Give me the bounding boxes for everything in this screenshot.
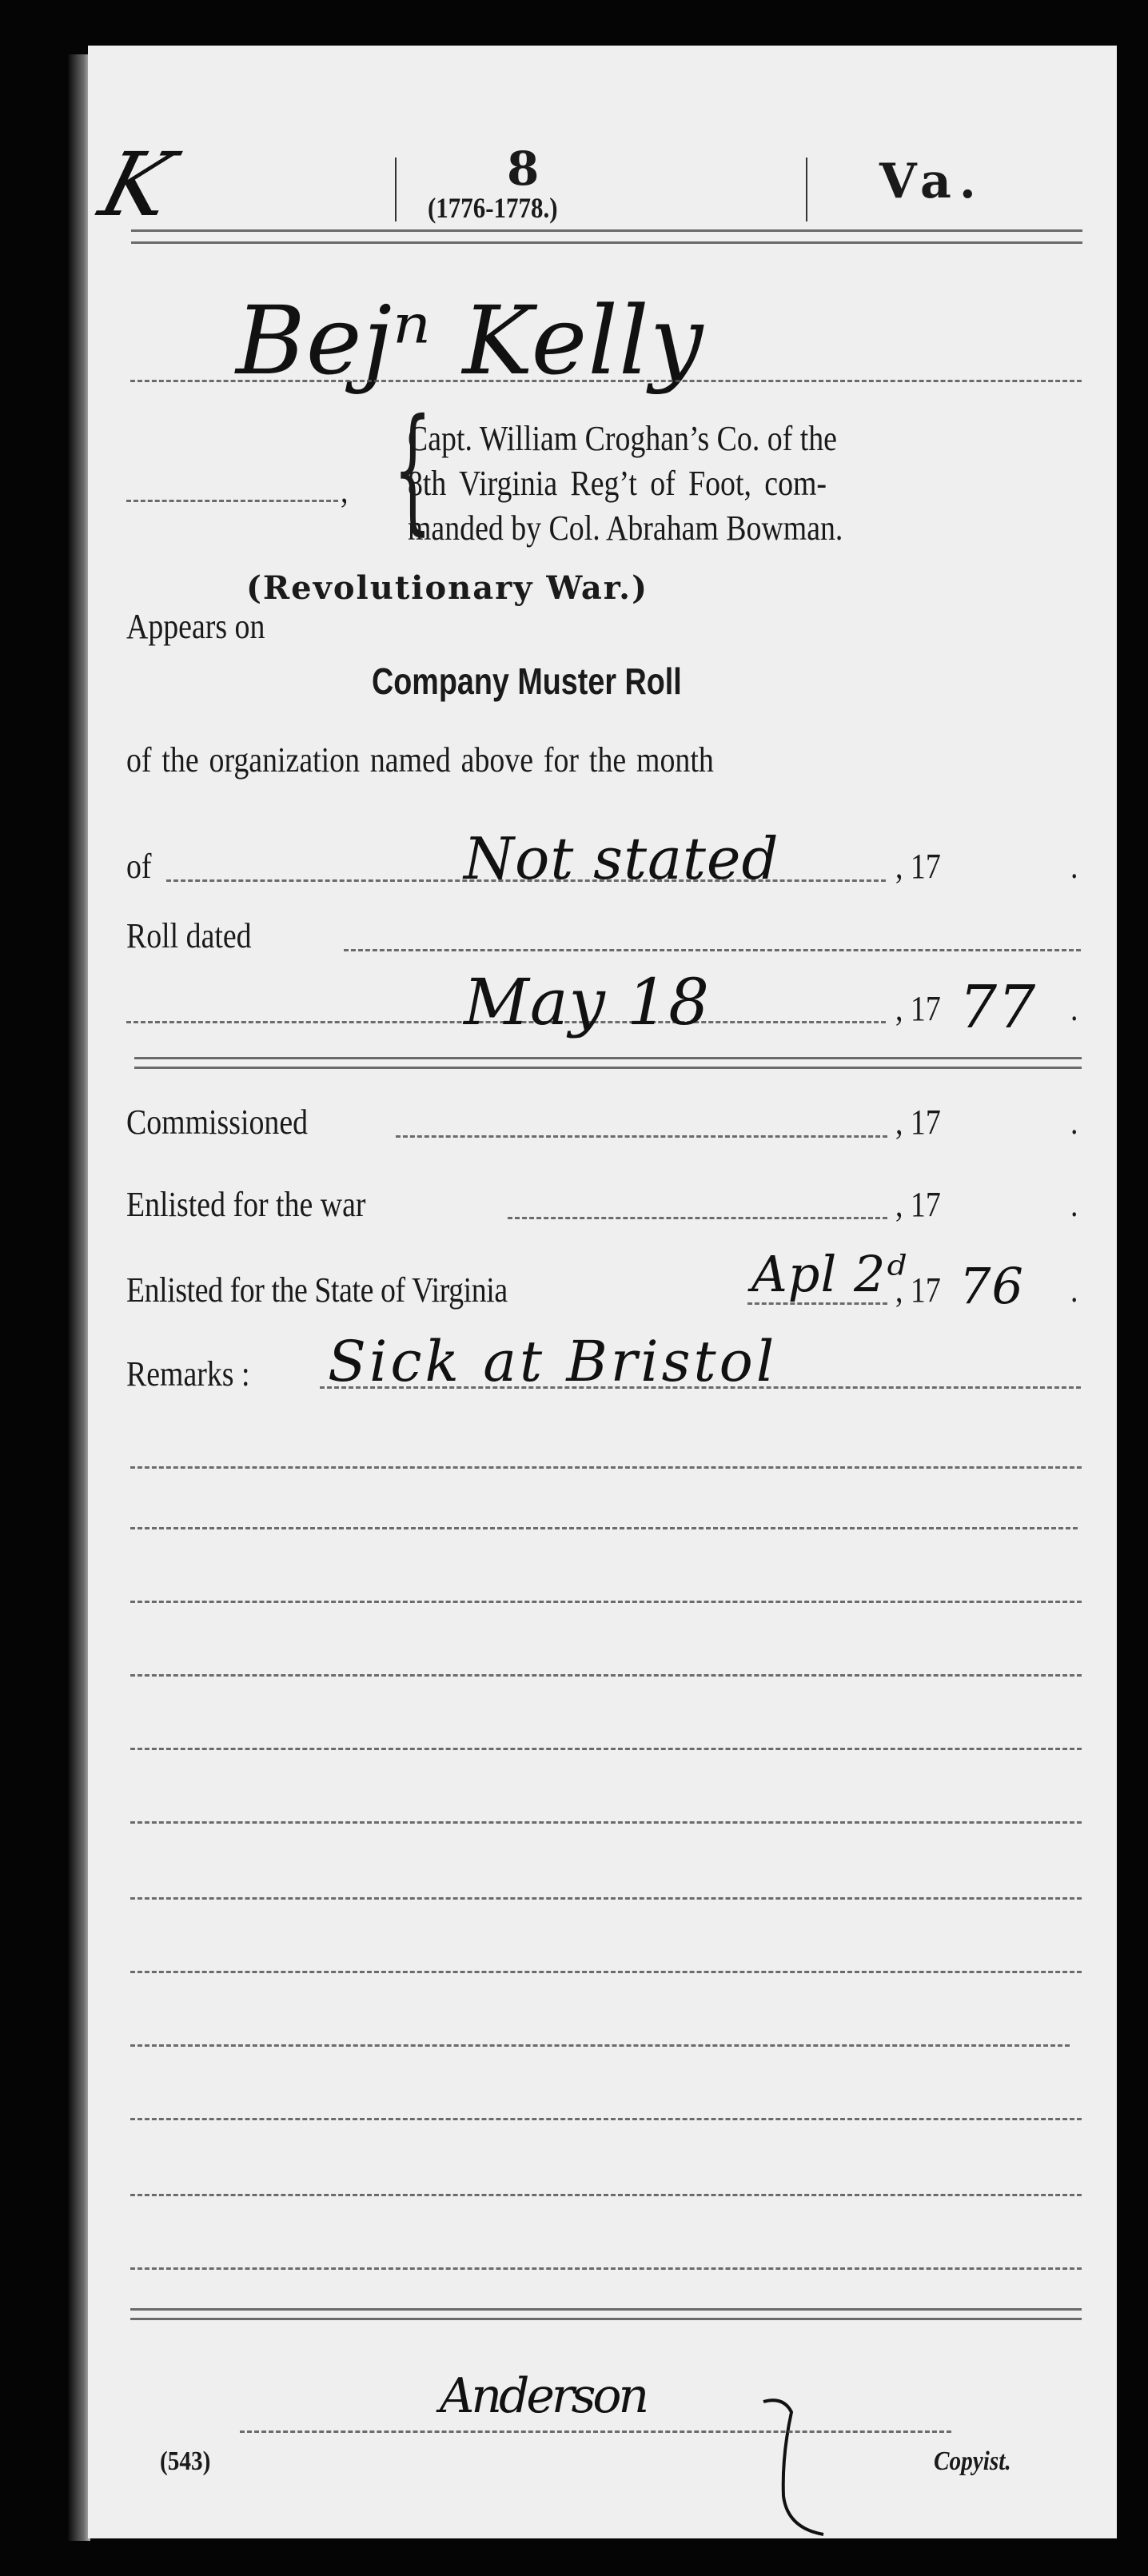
record-type-title: Company Muster Roll (372, 663, 682, 700)
enlisted-war-period: . (1070, 1187, 1078, 1222)
signature-flourish (759, 2392, 855, 2544)
roll-dated-year-prefix: , 17 (895, 991, 941, 1027)
remarks-blank-line (130, 2044, 1070, 2047)
commissioned-line (396, 1135, 887, 1138)
commissioned-year-prefix: , 17 (895, 1105, 941, 1140)
section-double-rule-bottom (134, 1067, 1082, 1069)
remarks-blank-line (130, 2118, 1082, 2120)
enlisted-war-label: Enlisted for the war (126, 1187, 365, 1222)
organization-line-1: Capt. William Croghan’s Co. of the (408, 421, 837, 457)
footer-double-rule-top (130, 2308, 1082, 2311)
section-double-rule-top (134, 1057, 1082, 1059)
remarks-blank-line (130, 1601, 1082, 1603)
enlisted-state-year-prefix: , 17 (895, 1273, 941, 1308)
header-divider-right (806, 158, 807, 221)
organization-comma: , (341, 473, 348, 508)
enlisted-state-period: . (1070, 1273, 1078, 1308)
commissioned-period: . (1070, 1105, 1078, 1140)
remarks-blank-line (130, 1971, 1082, 1973)
organization-prefix-line (126, 500, 338, 502)
years-range: (1776-1778.) (428, 193, 558, 222)
remarks-blank-line (130, 2194, 1082, 2196)
index-mark: K (90, 134, 184, 236)
enlisted-war-year-prefix: , 17 (895, 1187, 941, 1222)
organization-line-2: 8th Virginia Reg’t of Foot, com- (408, 466, 827, 501)
remarks-blank-line (130, 1466, 1082, 1469)
enlisted-war-line (508, 1217, 887, 1219)
roll-dated-period: . (1070, 991, 1078, 1027)
name-line (130, 380, 1082, 382)
scan-edge-shadow (68, 54, 90, 2541)
organization-line-3: manded by Col. Abraham Bowman. (408, 511, 843, 546)
roll-dated-label: Roll dated (126, 919, 252, 954)
copyist-signature: Anderson (440, 2368, 646, 2424)
footer-double-rule-bottom (130, 2318, 1082, 2320)
month-period: . (1070, 849, 1078, 884)
remarks-blank-line (130, 1674, 1082, 1677)
remarks-value: Sick at Bristol (328, 1329, 777, 1394)
remarks-blank-line (130, 1748, 1082, 1750)
header-double-rule-bottom (131, 241, 1082, 244)
enlisted-state-label: Enlisted for the State of Virginia (126, 1273, 508, 1308)
remarks-blank-line (130, 2267, 1082, 2270)
header-double-rule-top (131, 229, 1082, 232)
month-year-prefix: , 17 (895, 849, 941, 884)
month-label: of (126, 849, 152, 884)
commissioned-label: Commissioned (126, 1105, 308, 1140)
remarks-blank-line (130, 1897, 1082, 1900)
roll-dated-year-value: 77 (959, 973, 1036, 1042)
form-number: (543) (160, 2448, 210, 2475)
month-intro: of the organization named above for the … (126, 743, 714, 778)
header-divider-left (395, 158, 397, 221)
remarks-blank-line (130, 1821, 1082, 1824)
enlisted-state-value: Apl 2ᵈ (751, 1245, 907, 1303)
month-value: Not stated (464, 825, 779, 892)
copyist-signature-line (240, 2430, 951, 2433)
muster-roll-card: K 8 (1776-1778.) Va. Bejⁿ Kelly , { Capt… (88, 46, 1117, 2538)
enlisted-state-year-value: 76 (959, 1257, 1024, 1315)
war-title: (Revolutionary War.) (246, 569, 648, 607)
roll-dated-line-1 (344, 949, 1081, 951)
remarks-blank-line (130, 1527, 1078, 1529)
copyist-label: Copyist. (934, 2448, 1011, 2475)
roll-dated-value: May 18 (464, 965, 710, 1039)
remarks-label: Remarks : (126, 1357, 249, 1392)
regiment-number: 8 (507, 142, 539, 196)
state-abbrev: Va. (879, 154, 984, 209)
appears-on-label: Appears on (126, 609, 265, 644)
